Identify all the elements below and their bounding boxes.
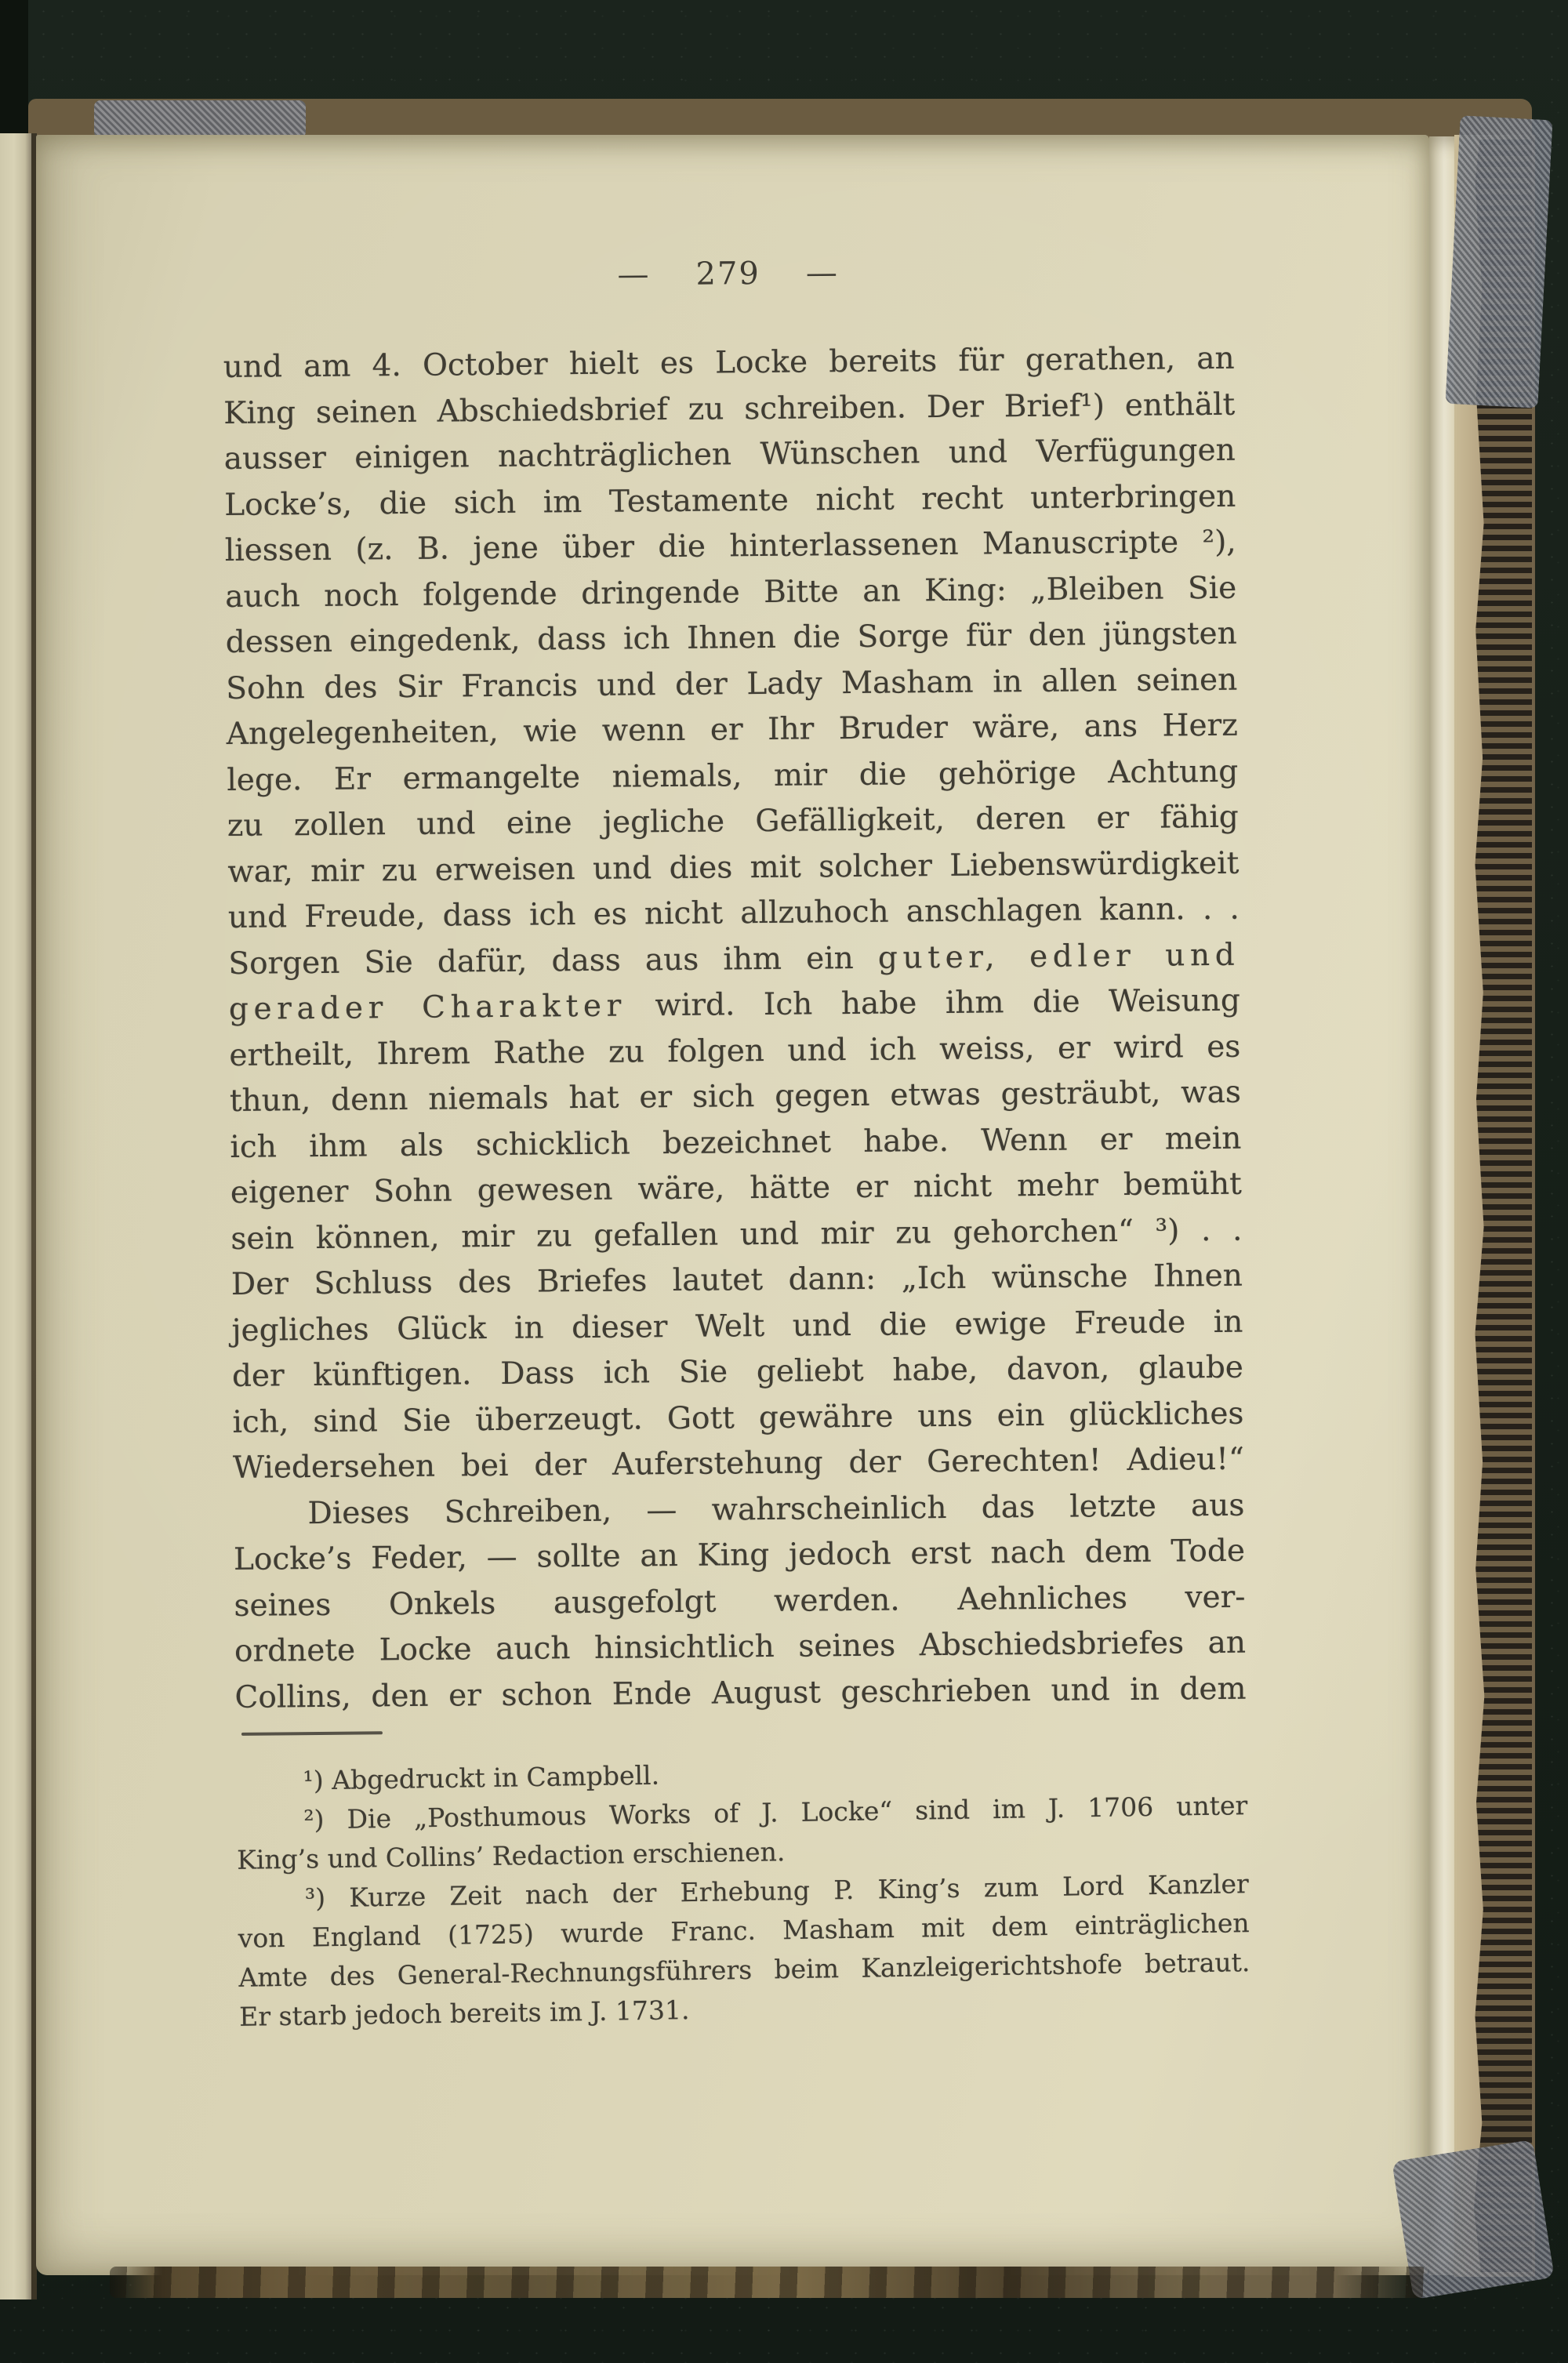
text-line: gerader Charakter wird. Ich habe ihm die… <box>229 978 1240 1033</box>
text-line: der künftigen. Dass ich Sie geliebt habe… <box>232 1345 1243 1400</box>
letterspaced-text: guter, edler und <box>878 937 1240 975</box>
page-number: 279 <box>695 256 760 292</box>
spine-stitching-threads <box>1474 140 1532 2272</box>
spine-cloth-patch-top <box>1445 115 1552 408</box>
top-damage-cloth-patch <box>94 100 306 138</box>
text-line: Der Schluss des Briefes lautet dann: „Ic… <box>231 1254 1243 1309</box>
text-run: wird. Ich habe ihm die Weisung <box>626 983 1240 1024</box>
text-line: liessen (z. B. jene über die hinterlasse… <box>225 520 1236 575</box>
main-text-block: und am 4. October hielt es Locke bereits… <box>223 336 1246 1721</box>
footnote-separator-rule <box>241 1731 383 1736</box>
text-line: dessen eingedenk, dass ich Ihnen die Sor… <box>226 612 1237 666</box>
text-line: thun, denn niemals hat er sich gegen etw… <box>230 1070 1241 1125</box>
text-line: Wiedersehen bei der Auferstehung der Ger… <box>233 1437 1244 1492</box>
page-text-layer: — 279 — und am 4. October hielt es Locke… <box>30 125 1442 2277</box>
text-line: Collins, den er schon Ende August geschr… <box>234 1666 1246 1721</box>
text-line: zu zollen und eine jegliche Gefälligkeit… <box>227 795 1239 850</box>
header-dash-left: — <box>617 256 650 292</box>
text-line: eigener Sohn gewesen wäre, hätte er nich… <box>230 1162 1242 1217</box>
letterspaced-text: gerader Charakter <box>229 989 626 1027</box>
header-dash-right: — <box>806 255 839 291</box>
text-line: Locke’s Feder, — sollte an King jedoch e… <box>234 1529 1245 1584</box>
footnotes-block: ¹) Abgedruckt in Campbell.²) Die „Posthu… <box>235 1747 1250 2037</box>
text-line: ausser einigen nachträglichen Wünschen u… <box>224 428 1236 483</box>
text-line: ordnete Locke auch hinsichtlich seines A… <box>234 1621 1246 1675</box>
text-line: und am 4. October hielt es Locke bereits… <box>223 336 1234 391</box>
page-number-header: — 279 — <box>223 252 1234 296</box>
text-line: und Freude, dass ich es nicht allzuhoch … <box>228 887 1240 942</box>
adjacent-page-edge <box>0 133 31 2299</box>
text-run: Sorgen Sie dafür, dass aus ihm ein <box>228 940 878 981</box>
cover-corner-shadow <box>0 0 28 136</box>
text-line: Angelegenheiten, wie wenn er Ihr Bruder … <box>227 703 1238 758</box>
